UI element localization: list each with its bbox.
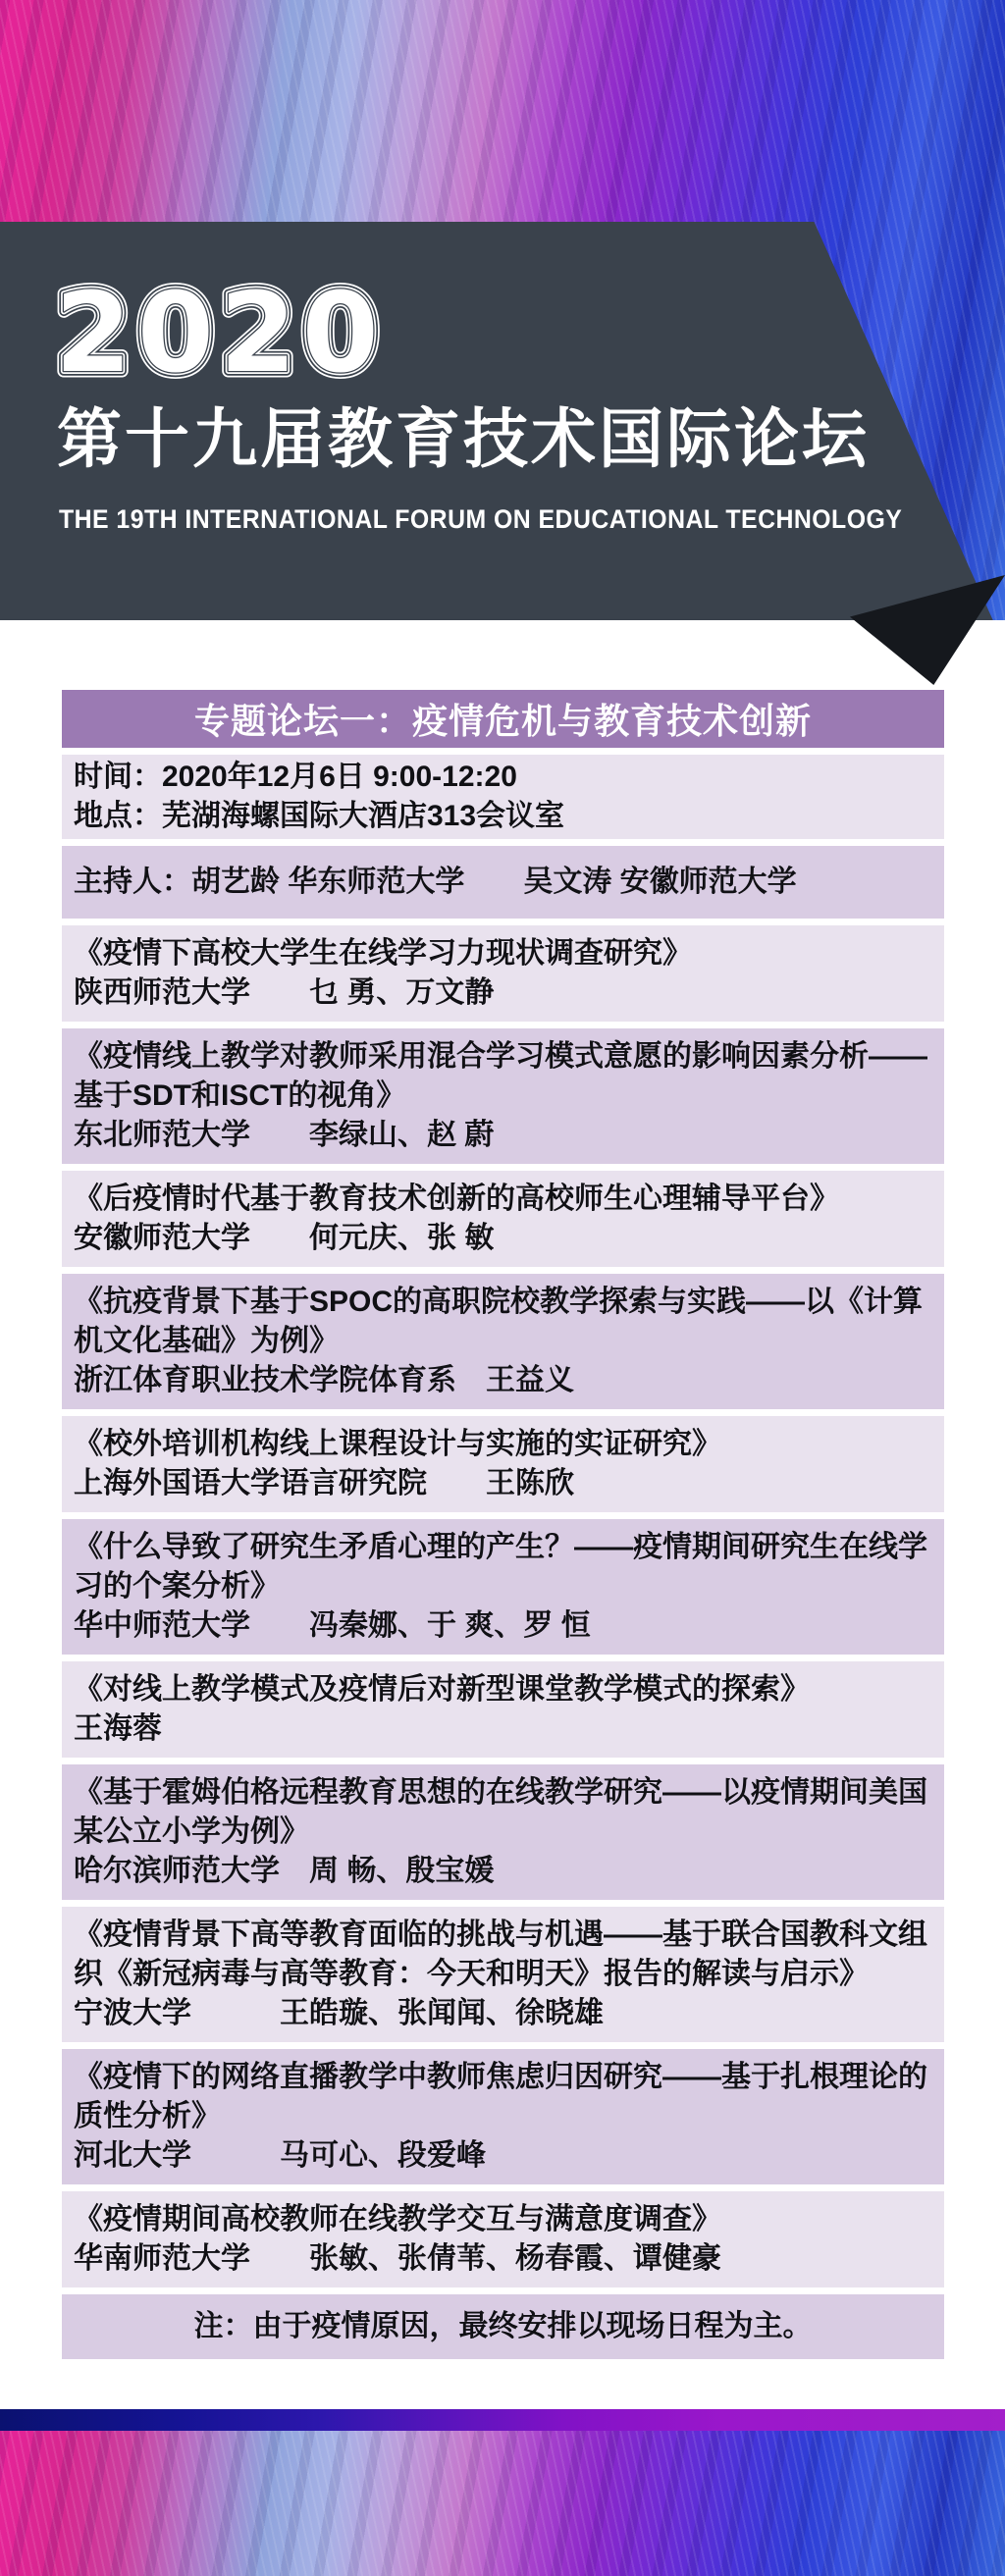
session-title: 《什么导致了研究生矛盾心理的产生？——疫情期间研究生在线学习的个案分析》 (74, 1528, 932, 1606)
session-authors: 上海外国语大学语言研究院 王陈欣 (74, 1464, 932, 1503)
session-title: 《疫情下的网络直播教学中教师焦虑归因研究——基于扎根理论的质性分析》 (74, 2058, 932, 2136)
session-title: 《对线上教学模式及疫情后对新型课堂教学模式的探索》 (74, 1670, 932, 1709)
note-row: 注：由于疫情原因，最终安排以现场日程为主。 (62, 2294, 944, 2359)
session-authors: 河北大学 马可心、段爱峰 (74, 2136, 932, 2176)
session-block: 《什么导致了研究生矛盾心理的产生？——疫情期间研究生在线学习的个案分析》 华中师… (62, 1519, 944, 1655)
year-2020-outline-logo: 2020 2020 2020 2020 2020 (55, 267, 389, 394)
session-block: 《对线上教学模式及疫情后对新型课堂教学模式的探索》 王海蓉 (62, 1661, 944, 1758)
session-authors: 东北师范大学 李绿山、赵 蔚 (74, 1116, 932, 1155)
bottom-abstract-streaks-decoration (0, 2431, 1005, 2576)
session-block: 《疫情下高校大学生在线学习力现状调查研究》 陕西师范大学 乜 勇、万文静 (62, 925, 944, 1022)
time-text: 时间：2020年12月6日 9:00-12:20 (74, 758, 932, 797)
banner-title-english: THE 19TH INTERNATIONAL FORUM ON EDUCATIO… (59, 504, 902, 535)
session-title: 《疫情下高校大学生在线学习力现状调查研究》 (74, 934, 932, 973)
time-venue-row: 时间：2020年12月6日 9:00-12:20 地点：芜湖海螺国际大酒店313… (62, 755, 944, 839)
svg-text:2020: 2020 (55, 270, 385, 397)
session-authors: 王海蓉 (74, 1709, 932, 1749)
session-title: 《疫情期间高校教师在线教学交互与满意度调查》 (74, 2200, 932, 2239)
session-authors: 哈尔滨师范大学 周 畅、殷宝媛 (74, 1852, 932, 1891)
session-title: 《疫情线上教学对教师采用混合学习模式意愿的影响因素分析——基于SDT和ISCT的… (74, 1037, 932, 1116)
session-title: 《抗疫背景下基于SPOC的高职院校教学探索与实践——以《计算机文化基础》为例》 (74, 1283, 932, 1361)
session-authors: 华中师范大学 冯秦娜、于 爽、罗 恒 (74, 1606, 932, 1646)
session-authors: 浙江体育职业技术学院体育系 王益义 (74, 1361, 932, 1400)
banner-title-chinese: 第十九届教育技术国际论坛 (57, 387, 870, 480)
hosts-row: 主持人：胡艺龄 华东师范大学 吴文涛 安徽师范大学 (62, 846, 944, 919)
program-table: 专题论坛一：疫情危机与教育技术创新 时间：2020年12月6日 9:00-12:… (62, 690, 944, 2359)
session-block: 《疫情期间高校教师在线教学交互与满意度调查》 华南师范大学 张敏、张倩苇、杨春霞… (62, 2191, 944, 2287)
session-authors: 陕西师范大学 乜 勇、万文静 (74, 973, 932, 1013)
forum-poster: 2020 2020 2020 2020 2020 第十九届教育技术国际论坛 TH… (0, 0, 1005, 2576)
session-authors: 华南师范大学 张敏、张倩苇、杨春霞、谭健豪 (74, 2239, 932, 2279)
session-title: 《疫情背景下高等教育面临的挑战与机遇——基于联合国教科文组织《新冠病毒与高等教育… (74, 1916, 932, 1994)
bottom-gradient-bar (0, 2409, 1005, 2431)
session-block: 《疫情下的网络直播教学中教师焦虑归因研究——基于扎根理论的质性分析》 河北大学 … (62, 2049, 944, 2184)
session-authors: 安徽师范大学 何元庆、张 敏 (74, 1219, 932, 1258)
venue-text: 地点：芜湖海螺国际大酒店313会议室 (74, 797, 932, 836)
session-block: 《疫情背景下高等教育面临的挑战与机遇——基于联合国教科文组织《新冠病毒与高等教育… (62, 1907, 944, 2042)
session-block: 《疫情线上教学对教师采用混合学习模式意愿的影响因素分析——基于SDT和ISCT的… (62, 1028, 944, 1164)
session-authors: 宁波大学 王皓璇、张闻闻、徐晓雄 (74, 1994, 932, 2033)
session-block: 《后疫情时代基于教育技术创新的高校师生心理辅导平台》 安徽师范大学 何元庆、张 … (62, 1171, 944, 1267)
session-block: 《基于霍姆伯格远程教育思想的在线教学研究——以疫情期间美国某公立小学为例》 哈尔… (62, 1764, 944, 1900)
session-block: 《抗疫背景下基于SPOC的高职院校教学探索与实践——以《计算机文化基础》为例》 … (62, 1274, 944, 1409)
session-title: 《校外培训机构线上课程设计与实施的实证研究》 (74, 1425, 932, 1464)
session-block: 《校外培训机构线上课程设计与实施的实证研究》 上海外国语大学语言研究院 王陈欣 (62, 1416, 944, 1512)
session-title: 《后疫情时代基于教育技术创新的高校师生心理辅导平台》 (74, 1180, 932, 1219)
forum-header-bar: 专题论坛一：疫情危机与教育技术创新 (62, 690, 944, 748)
session-title: 《基于霍姆伯格远程教育思想的在线教学研究——以疫情期间美国某公立小学为例》 (74, 1773, 932, 1852)
